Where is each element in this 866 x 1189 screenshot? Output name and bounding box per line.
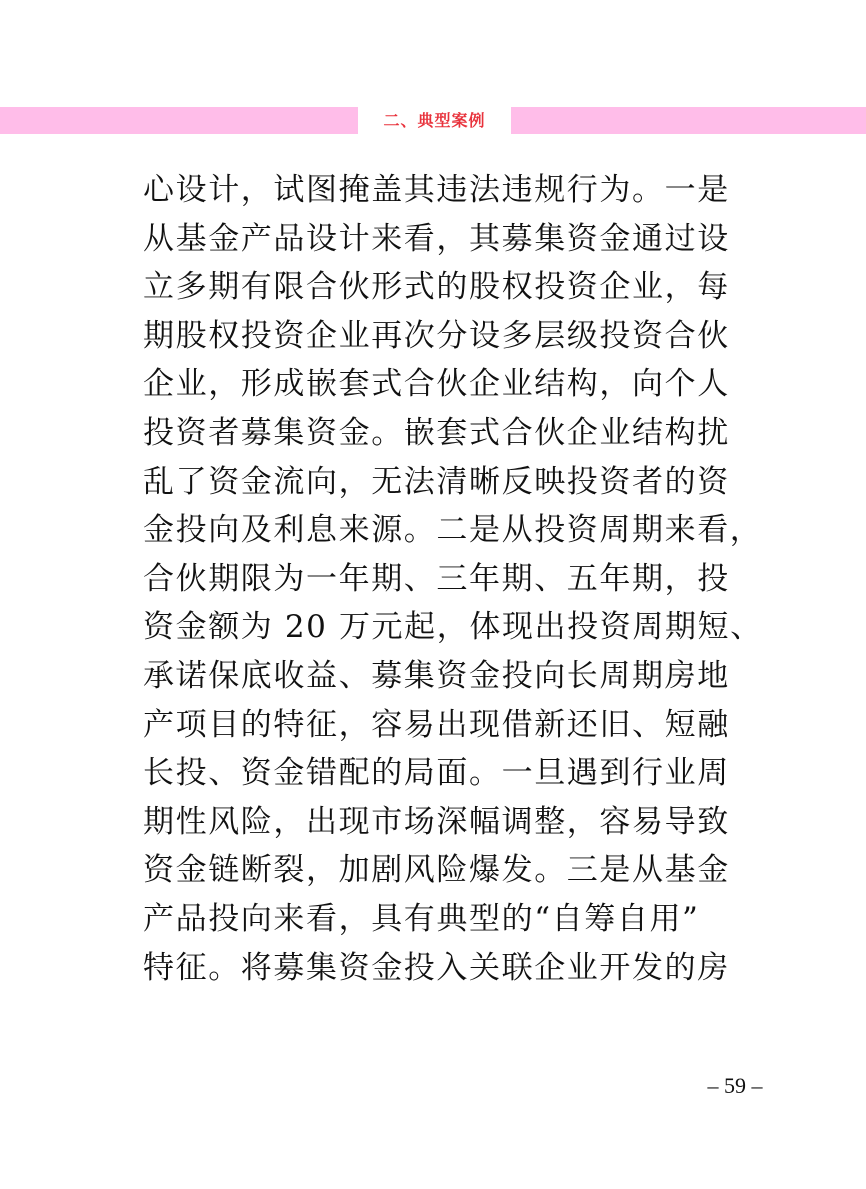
header-band-left <box>0 107 358 134</box>
text-line: 金投向及利息来源。二是从投资周期来看， <box>143 506 743 555</box>
text-line: 产品投向来看，具有典型的“自筹自用” <box>143 895 743 944</box>
text-line: 资金链断裂，加剧风险爆发。三是从基金 <box>143 846 743 895</box>
text-line: 特征。将募集资金投入关联企业开发的房 <box>143 944 743 993</box>
text-line: 心设计，试图掩盖其违法违规行为。一是 <box>143 166 743 215</box>
text-line: 资金额为 20 万元起，体现出投资周期短、 <box>143 603 743 652</box>
text-line: 立多期有限合伙形式的股权投资企业，每 <box>143 263 743 312</box>
page-number: – 59 – <box>690 1073 780 1099</box>
text-line: 合伙期限为一年期、三年期、五年期，投 <box>143 555 743 604</box>
text-line: 承诺保底收益、募集资金投向长周期房地 <box>143 652 743 701</box>
text-line: 从基金产品设计来看，其募集资金通过设 <box>143 215 743 264</box>
section-title: 二、典型案例 <box>358 107 511 134</box>
text-line: 长投、资金错配的局面。一旦遇到行业周 <box>143 749 743 798</box>
body-paragraph: 心设计，试图掩盖其违法违规行为。一是 从基金产品设计来看，其募集资金通过设 立多… <box>143 166 743 992</box>
text-line: 产项目的特征，容易出现借新还旧、短融 <box>143 701 743 750</box>
text-line: 乱了资金流向，无法清晰反映投资者的资 <box>143 458 743 507</box>
text-line: 企业，形成嵌套式合伙企业结构，向个人 <box>143 360 743 409</box>
text-line: 期股权投资企业再次分设多层级投资合伙 <box>143 312 743 361</box>
text-line: 投资者募集资金。嵌套式合伙企业结构扰 <box>143 409 743 458</box>
header-band-right <box>511 107 866 134</box>
text-line: 期性风险，出现市场深幅调整，容易导致 <box>143 798 743 847</box>
